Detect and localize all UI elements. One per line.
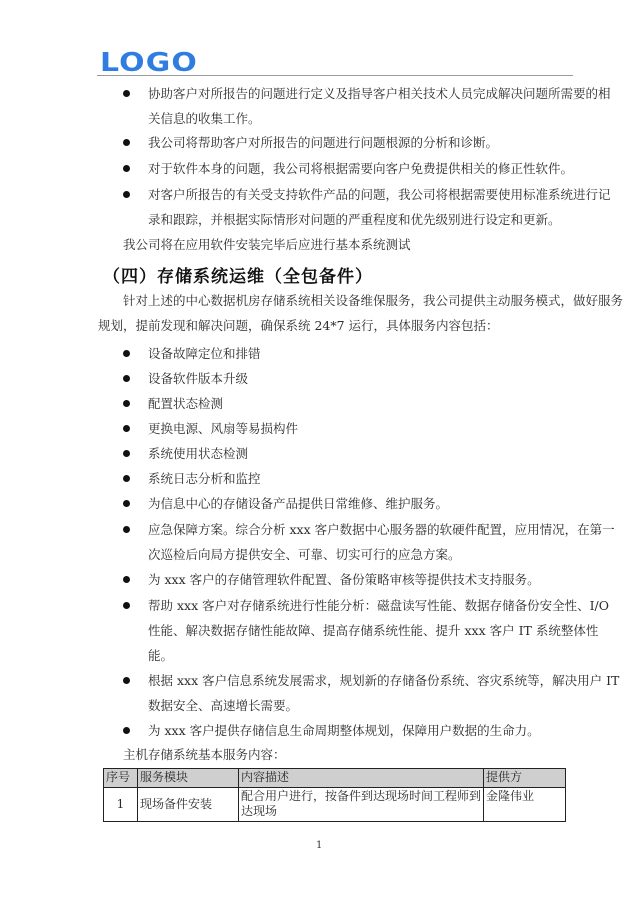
header-divider bbox=[97, 75, 573, 76]
list-item-line: 为信息中心的存储设备产品提供日常维修、维护服务。 bbox=[148, 491, 448, 516]
header-cell-description: 内容描述 bbox=[239, 769, 484, 788]
list-item-line: 根据 xxx 客户信息系统发展需求，规划新的存储备份系统、容灾系统等，解决用户 … bbox=[148, 668, 619, 693]
list-item-line: 设备软件版本升级 bbox=[148, 366, 248, 391]
service-table: 序号 服务模块 内容描述 提供方 1 现场备件安装 配合用户进行，按备件到达现场… bbox=[103, 768, 566, 822]
bullet-icon bbox=[123, 400, 130, 407]
closing-paragraph: 我公司将在应用软件安装完毕后应进行基本系统测试 bbox=[123, 232, 411, 257]
bullet-icon bbox=[123, 576, 130, 583]
bullet-icon bbox=[123, 526, 130, 533]
bullet-icon bbox=[123, 191, 130, 198]
list-item-line: 更换电源、风扇等易损构件 bbox=[148, 416, 298, 441]
bullet-icon bbox=[123, 350, 130, 357]
list-item-line: 应急保障方案。综合分析 xxx 客户数据中心服务器的软硬件配置，应用情况，在第一 bbox=[148, 517, 615, 542]
cell-provider: 金隆伟业 bbox=[484, 788, 566, 822]
header-cell-index: 序号 bbox=[104, 769, 138, 788]
list-item-line: 次巡检后向局方提供安全、可靠、切实可行的应急方案。 bbox=[148, 542, 461, 567]
intro-paragraph-line: 规划，提前发现和解决问题，确保系统 24*7 运行，具体服务内容包括： bbox=[98, 313, 499, 338]
bullet-icon bbox=[123, 602, 130, 609]
bullet-icon bbox=[123, 375, 130, 382]
company-logo: LOGO bbox=[100, 50, 198, 76]
list-item-line: 帮助 xxx 客户对存储系统进行性能分析：磁盘读写性能、数据存储备份安全性、I/… bbox=[148, 593, 609, 618]
table-header-row: 序号 服务模块 内容描述 提供方 bbox=[104, 769, 566, 788]
table-caption: 主机存储系统基本服务内容： bbox=[123, 742, 286, 767]
list-item-line: 设备故障定位和排错 bbox=[148, 341, 261, 366]
bullet-icon bbox=[123, 450, 130, 457]
list-item-line: 关信息的收集工作。 bbox=[148, 106, 261, 131]
bullet-icon bbox=[123, 677, 130, 684]
list-item-line: 系统使用状态检测 bbox=[148, 441, 248, 466]
header-cell-provider: 提供方 bbox=[484, 769, 566, 788]
list-item-line: 对客户所报告的有关受支持软件产品的问题，我公司将根据需要使用标准系统进行记 bbox=[148, 182, 611, 207]
list-item-line: 为 xxx 客户提供存储信息生命周期整体规划，保障用户数据的生命力。 bbox=[148, 718, 540, 743]
bullet-icon bbox=[123, 475, 130, 482]
intro-paragraph-line: 针对上述的中心数据机房存储系统相关设备维保服务，我公司提供主动服务模式，做好服务 bbox=[123, 288, 623, 313]
table-row: 1 现场备件安装 配合用户进行，按备件到达现场时间工程师到达现场 金隆伟业 bbox=[104, 788, 566, 822]
list-item-line: 为 xxx 客户的存储管理软件配置、备份策略审核等提供技术支持服务。 bbox=[148, 567, 540, 592]
list-item-line: 对于软件本身的问题，我公司将根据需要向客户免费提供相关的修正性软件。 bbox=[148, 156, 573, 181]
list-item-line: 数据安全、高速增长需要。 bbox=[148, 693, 298, 718]
bullet-icon bbox=[123, 727, 130, 734]
bullet-icon bbox=[123, 165, 130, 172]
bullet-icon bbox=[123, 90, 130, 97]
bullet-icon bbox=[123, 500, 130, 507]
list-item-line: 我公司将帮助客户对所报告的问题进行问题根源的分析和诊断。 bbox=[148, 130, 498, 155]
list-item-line: 系统日志分析和监控 bbox=[148, 466, 261, 491]
list-item-line: 能。 bbox=[148, 643, 173, 668]
bullet-icon bbox=[123, 425, 130, 432]
list-item-line: 性能、解决数据存储性能故障、提高存储系统性能、提升 xxx 客户 IT 系统整体… bbox=[148, 618, 598, 643]
bullet-icon bbox=[123, 139, 130, 146]
list-item-line: 录和跟踪，并根据实际情形对问题的严重程度和优先级别进行设定和更新。 bbox=[148, 207, 561, 232]
page-number: 1 bbox=[316, 840, 322, 851]
cell-module: 现场备件安装 bbox=[138, 788, 239, 822]
section-heading: （四）存储系统运维（全包备件） bbox=[103, 262, 373, 287]
header-cell-module: 服务模块 bbox=[138, 769, 239, 788]
list-item-line: 配置状态检测 bbox=[148, 391, 223, 416]
cell-description: 配合用户进行，按备件到达现场时间工程师到达现场 bbox=[239, 788, 484, 822]
list-item-line: 协助客户对所报告的问题进行定义及指导客户相关技术人员完成解决问题所需要的相 bbox=[148, 81, 611, 106]
cell-index: 1 bbox=[104, 788, 138, 822]
